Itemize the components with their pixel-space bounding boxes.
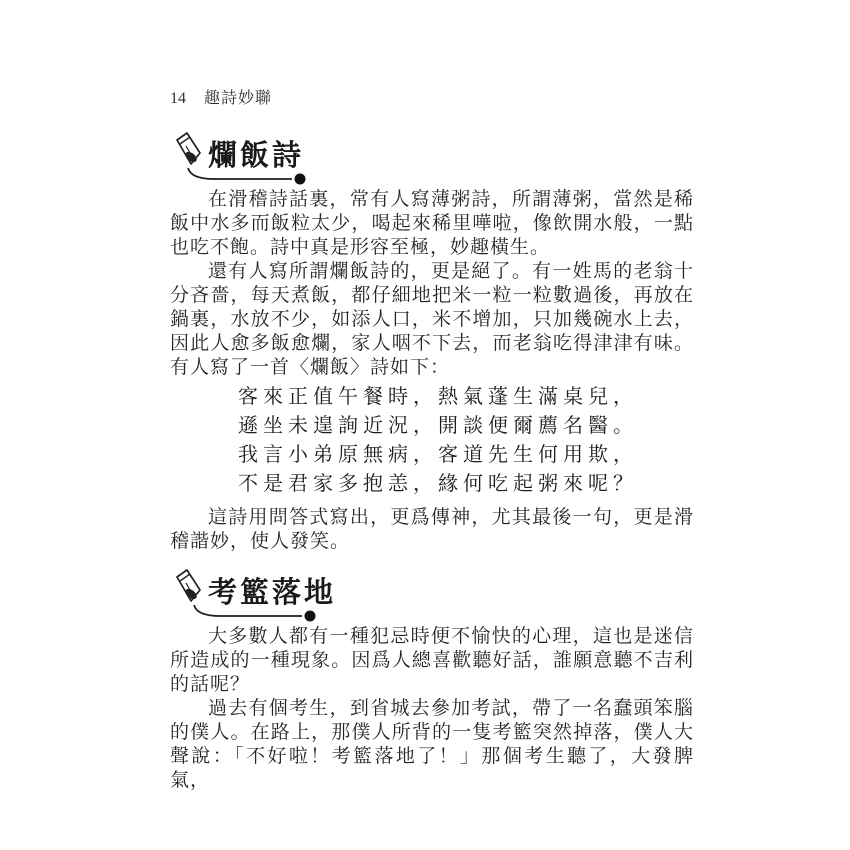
running-head: 14 趣詩妙聯: [170, 85, 694, 105]
paragraph: 過去有個考生，到省城去參加考試，帶了一名蠢頭笨腦的僕人。在路上，那僕人所背的一隻…: [170, 697, 694, 793]
heading-underline-dot: [184, 167, 310, 185]
section-lanfanshi: 爛飯詩 在滑稽詩話裏，常有人寫薄粥詩，所謂薄粥，當然是稀飯中水多而飯粒太少，喝起…: [170, 131, 694, 554]
section-kaolanluodi: 考籃落地 大多數人都有一種犯忌時便不愉快的心理，這也是迷信所造成的一種現象。因爲…: [170, 568, 694, 793]
pen-nib-icon: [172, 568, 206, 608]
poem-line: 我言小弟原無病，客道先生何用欺，: [238, 440, 694, 469]
pen-nib-icon: [172, 131, 206, 171]
section-heading: 爛飯詩: [170, 131, 694, 185]
section-heading: 考籃落地: [170, 568, 694, 622]
heading-underline-dot: [184, 604, 322, 622]
poem-line: 遜坐未遑詢近況，開談便爾薦名醫。: [238, 411, 694, 440]
paragraph: 這詩用問答式寫出，更爲傳神，尤其最後一句，更是滑稽諧妙，使人發笑。: [170, 506, 694, 554]
paragraph: 在滑稽詩話裏，常有人寫薄粥詩，所謂薄粥，當然是稀飯中水多而飯粒太少，喝起來稀里嘩…: [170, 188, 694, 260]
poem-line: 客來正值午餐時，熱氣蓬生滿桌兒，: [238, 382, 694, 411]
book-page: 14 趣詩妙聯 爛飯詩 在滑稽詩話: [0, 0, 850, 850]
book-title: 趣詩妙聯: [204, 85, 272, 108]
paragraph: 大多數人都有一種犯忌時便不愉快的心理，這也是迷信所造成的一種現象。因爲人總喜歡聽…: [170, 625, 694, 697]
page-content: 14 趣詩妙聯 爛飯詩 在滑稽詩話: [170, 85, 694, 793]
poem-block: 客來正值午餐時，熱氣蓬生滿桌兒， 遜坐未遑詢近況，開談便爾薦名醫。 我言小弟原無…: [238, 382, 694, 498]
page-number: 14: [170, 90, 186, 108]
poem-line: 不是君家多抱恙，緣何吃起粥來呢？: [238, 469, 694, 498]
paragraph: 還有人寫所謂爛飯詩的，更是絕了。有一姓馬的老翁十分吝嗇，每天煮飯，都仔細地把米一…: [170, 260, 694, 380]
